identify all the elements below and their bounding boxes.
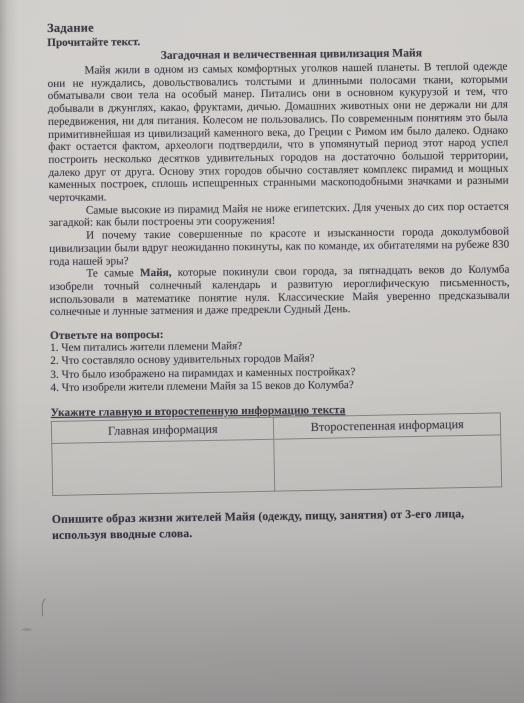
ink-smudge — [22, 628, 32, 631]
info-table: Главная информация Второстепенная информ… — [51, 412, 502, 496]
paragraph-1: Майя жили в одном из самых комфортных уг… — [47, 61, 508, 205]
info-table-body-row — [52, 435, 502, 496]
paragraph-4-bold-word: Майя, — [140, 267, 172, 279]
scanned-photo-background: Задание Прочитайте текст. Загадочная и в… — [0, 0, 524, 703]
pen-mark — [38, 598, 48, 618]
question-item-4: 4. Что изобрели жители племени Майя за 1… — [50, 378, 510, 396]
final-task-instruction: Опишите образ жизни жителей Майя (одежду… — [52, 504, 504, 542]
info-table-cell-main — [52, 439, 275, 495]
paragraph-3: И почему такие совершенные по красоте и … — [49, 226, 509, 269]
paragraph-4: Те самые Майя, которые покинули свои гор… — [49, 264, 509, 319]
info-table-cell-secondary — [274, 435, 501, 491]
paragraph-4-start: Те самые — [86, 267, 133, 279]
document-sheet: Задание Прочитайте текст. Загадочная и в… — [47, 17, 512, 543]
